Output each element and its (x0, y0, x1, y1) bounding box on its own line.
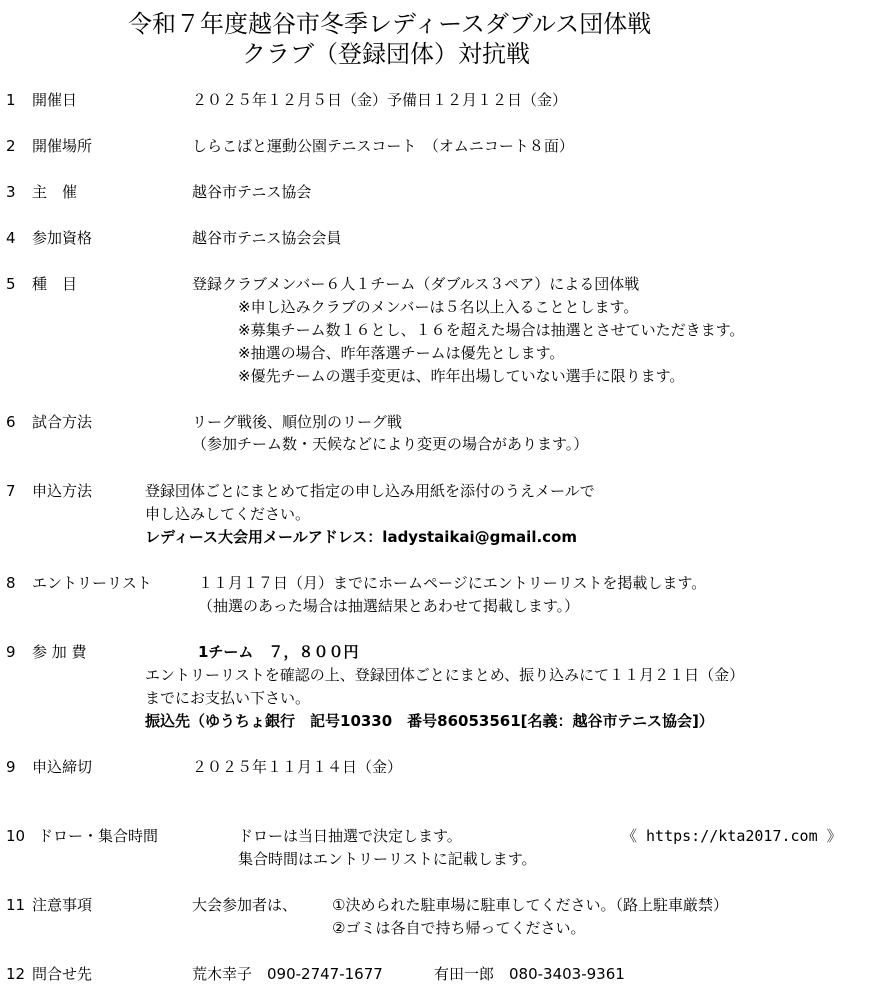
section-11-note-2: ②ゴミは各自で持ち帰ってください。 (332, 918, 585, 938)
section-deadline-value: ２０２５年１１月１４日（金） (192, 757, 402, 777)
section-8-label: エントリーリスト (32, 573, 152, 593)
section-5-label: 種 目 (32, 274, 77, 294)
section-7-num: 7 (6, 481, 16, 501)
section-3-value: 越谷市テニス協会 (192, 182, 311, 202)
section-4-num: 4 (6, 228, 16, 248)
section-deadline-label: 申込締切 (32, 757, 92, 777)
fee-amount: 1チーム ７，８００円 (198, 642, 358, 662)
section-5-note-4: ※優先チームの選手変更は、昨年出場していない選手に限ります。 (238, 366, 684, 386)
section-8-line-1: １１月１７日（月）までにホームページにエントリーリストを掲載します。 (198, 573, 706, 593)
section-12-num: 12 (6, 964, 25, 984)
section-1-num: 1 (6, 90, 16, 110)
section-8-num: 8 (6, 573, 16, 593)
section-4-label: 参加資格 (32, 228, 92, 248)
contact-2: 有田一郎 080-3403-9361 (434, 964, 625, 984)
section-11-label: 注意事項 (32, 895, 92, 915)
contact-1: 荒木幸子 090-2747-1677 (192, 964, 383, 984)
section-7-label: 申込方法 (32, 481, 92, 501)
section-10-label: ドロー・集合時間 (38, 826, 158, 846)
section-3-label: 主 催 (32, 182, 77, 202)
section-7-line-2: 申し込みしてください。 (145, 504, 310, 524)
section-7-email[interactable]: レディース大会用メールアドレス：ladystaikai@gmail.com (145, 527, 577, 547)
section-2-label: 開催場所 (32, 136, 92, 156)
section-10-num: 10 (6, 826, 25, 846)
section-3-num: 3 (6, 182, 16, 202)
section-10-line-2: 集合時間はエントリーリストに記載します。 (238, 849, 537, 869)
section-2-value: しらこばと運動公園テニスコート （オムニコート８面） (192, 136, 574, 156)
section-4-value: 越谷市テニス協会会員 (192, 228, 341, 248)
section-2-num: 2 (6, 136, 16, 156)
section-9-num: 9 (6, 642, 16, 662)
section-6-line-2: （参加チーム数・天候などにより変更の場合があります。） (192, 434, 588, 454)
section-5-note-2: ※募集チーム数１６とし、１６を超えた場合は抽選とさせていただきます。 (238, 320, 744, 340)
section-11-note-1: ①決められた駐車場に駐車してください。（路上駐車厳禁） (332, 895, 728, 915)
bank-account: 振込先（ゆうちょ銀行 記号10330 番号86053561[名義：越谷市テニス協… (145, 711, 714, 731)
section-1-label: 開催日 (32, 90, 77, 110)
section-10-line-1: ドローは当日抽選で決定します。 (238, 826, 462, 846)
section-5-num: 5 (6, 274, 16, 294)
section-5-note-3: ※抽選の場合、昨年落選チームは優先とします。 (238, 343, 564, 363)
section-11-intro: 大会参加者は、 (192, 895, 297, 915)
section-1-value: ２０２５年１２月５日（金）予備日１２月１２日（金） (192, 90, 567, 110)
section-12-label: 問合せ先 (32, 964, 92, 984)
title-line-2: クラブ（登録団体）対抗戦 (242, 34, 530, 69)
section-6-num: 6 (6, 412, 16, 432)
section-11-num: 11 (6, 895, 25, 915)
section-9-label: 参 加 費 (32, 642, 87, 662)
section-8-line-2: （抽選のあった場合は抽選結果とあわせて掲載します。） (198, 596, 579, 616)
section-deadline-num: 9 (6, 757, 16, 777)
section-6-line-1: リーグ戦後、順位別のリーグ戦 (192, 412, 402, 432)
section-5-note-1: ※申し込みクラブのメンバーは５名以上入ることとします。 (238, 297, 638, 317)
section-7-line-1: 登録団体ごとにまとめて指定の申し込み用紙を添付のうえメールで (145, 481, 595, 501)
section-6-label: 試合方法 (32, 412, 92, 432)
website-link[interactable]: 《 https://kta2017.com 》 (622, 826, 842, 846)
section-5-line-1: 登録クラブメンバー６人１チーム（ダブルス３ペア）による団体戦 (192, 274, 639, 294)
fee-line-2: エントリーリストを確認の上、登録団体ごとにまとめ、振り込みにて１１月２１日（金） (145, 665, 744, 685)
fee-line-3: までにお支払い下さい。 (145, 688, 310, 708)
